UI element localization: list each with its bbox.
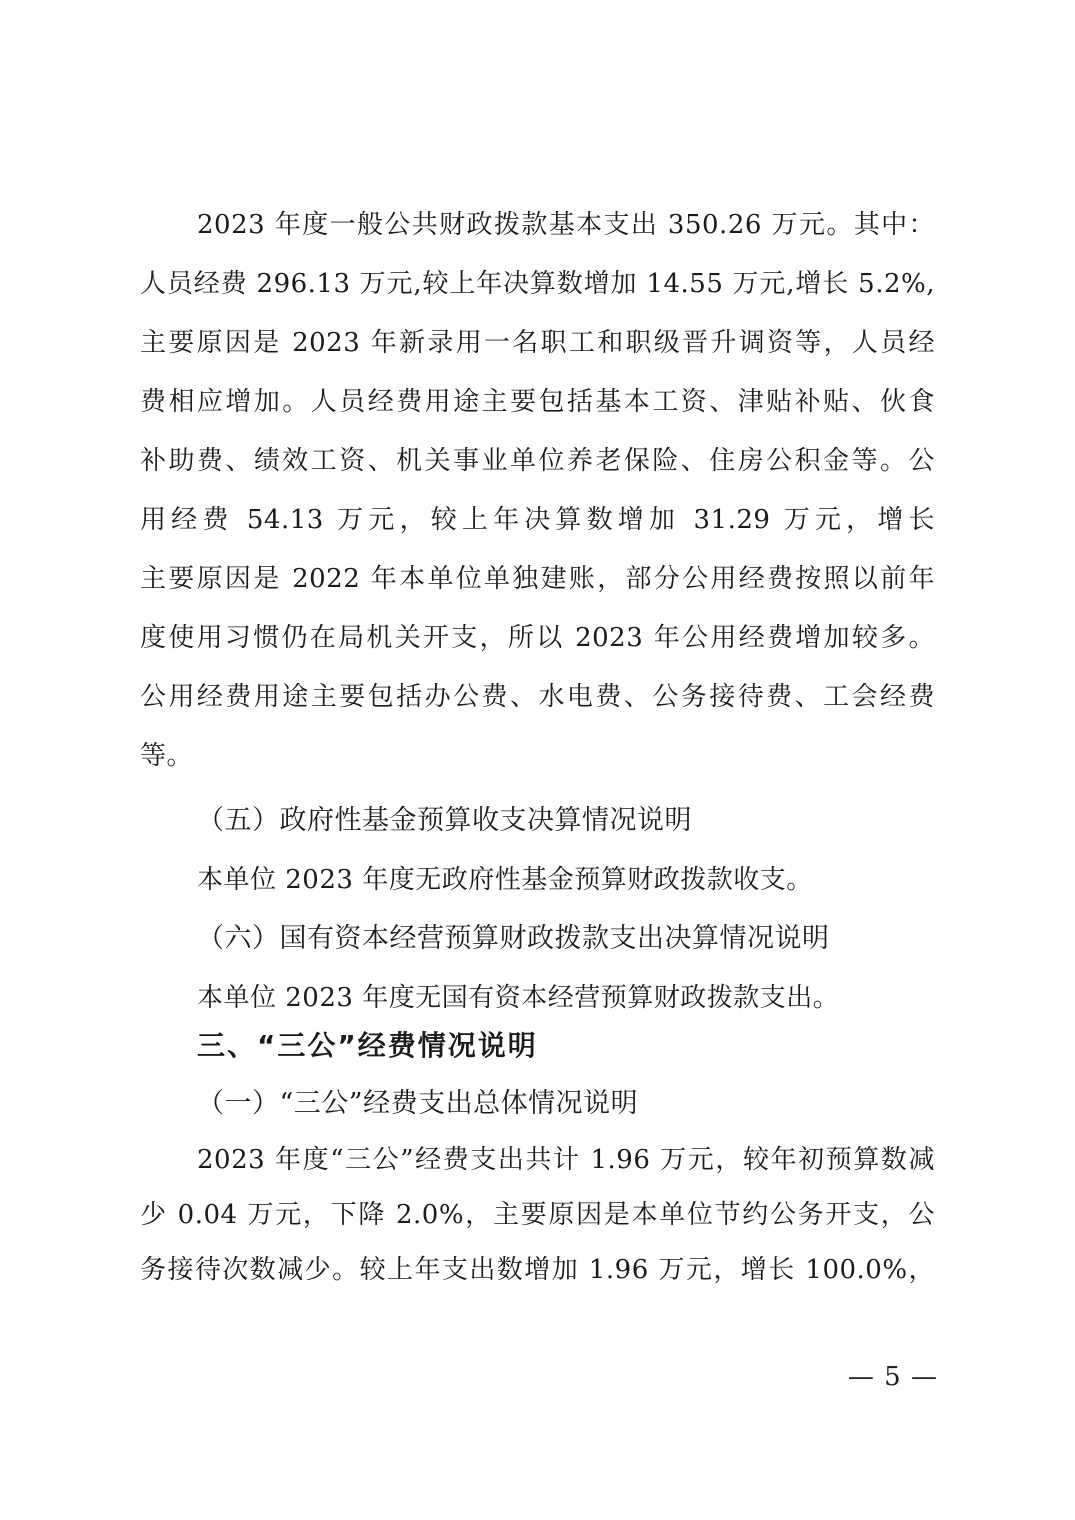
paragraph-line: 公用经费用途主要包括办公费、水电费、公务接待费、工会经费 bbox=[140, 668, 935, 727]
paragraph-line: 人员经费 296.13 万元,较上年决算数增加 14.55 万元,增长 5.2%… bbox=[140, 255, 935, 314]
paragraph-three-public-total: 2023 年度“三公”经费支出共计 1.96 万元，较年初预算数减 少 0.04… bbox=[140, 1133, 935, 1298]
paragraph-section5: 本单位 2023 年度无政府性基金预算财政拨款收支。 bbox=[140, 851, 935, 910]
paragraph-line: 主要原因是 2023 年新录用一名职工和职级晋升调资等，人员经 bbox=[140, 314, 935, 373]
chapter-heading-three-public: 三、“三公”经费情况说明 bbox=[140, 1016, 935, 1075]
section-heading-6: （六）国有资本经营预算财政拨款支出决算情况说明 bbox=[140, 909, 935, 968]
paragraph-line: 度使用习惯仍在局机关开支，所以 2023 年公用经费增加较多。 bbox=[140, 609, 935, 668]
paragraph-line: 等。 bbox=[140, 727, 935, 786]
paragraph-line: 用经费 54.13 万元，较上年决算数增加 31.29 万元，增长 137.0%… bbox=[140, 491, 935, 550]
paragraph-basic-expenditure: 2023 年度一般公共财政拨款基本支出 350.26 万元。其中： 人员经费 2… bbox=[140, 196, 935, 786]
paragraph-line: 费相应增加。人员经费用途主要包括基本工资、津贴补贴、伙食 bbox=[140, 373, 935, 432]
paragraph-line: 本单位 2023 年度无政府性基金预算财政拨款收支。 bbox=[140, 851, 935, 910]
paragraph-line: 主要原因是 2022 年本单位单独建账，部分公用经费按照以前年 bbox=[140, 550, 935, 609]
subsection-heading-1: （一）“三公”经费支出总体情况说明 bbox=[140, 1074, 935, 1133]
section-heading-text: （六）国有资本经营预算财政拨款支出决算情况说明 bbox=[140, 909, 935, 968]
section-heading-5: （五）政府性基金预算收支决算情况说明 bbox=[140, 791, 935, 850]
paragraph-line: 2023 年度一般公共财政拨款基本支出 350.26 万元。其中： bbox=[140, 196, 935, 255]
paragraph-line: 2023 年度“三公”经费支出共计 1.96 万元，较年初预算数减 bbox=[140, 1133, 935, 1188]
paragraph-line: 务接待次数减少。较上年支出数增加 1.96 万元，增长 100.0%， bbox=[140, 1243, 935, 1298]
page-number: — 5 — bbox=[140, 1362, 938, 1392]
paragraph-line: 补助费、绩效工资、机关事业单位养老保险、住房公积金等。公 bbox=[140, 432, 935, 491]
chapter-heading-text: 三、“三公”经费情况说明 bbox=[140, 1016, 935, 1075]
section-heading-text: （五）政府性基金预算收支决算情况说明 bbox=[140, 791, 935, 850]
subsection-heading-text: （一）“三公”经费支出总体情况说明 bbox=[140, 1074, 935, 1133]
document-page: 2023 年度一般公共财政拨款基本支出 350.26 万元。其中： 人员经费 2… bbox=[0, 0, 1075, 1520]
paragraph-line: 少 0.04 万元，下降 2.0%，主要原因是本单位节约公务开支，公 bbox=[140, 1188, 935, 1243]
